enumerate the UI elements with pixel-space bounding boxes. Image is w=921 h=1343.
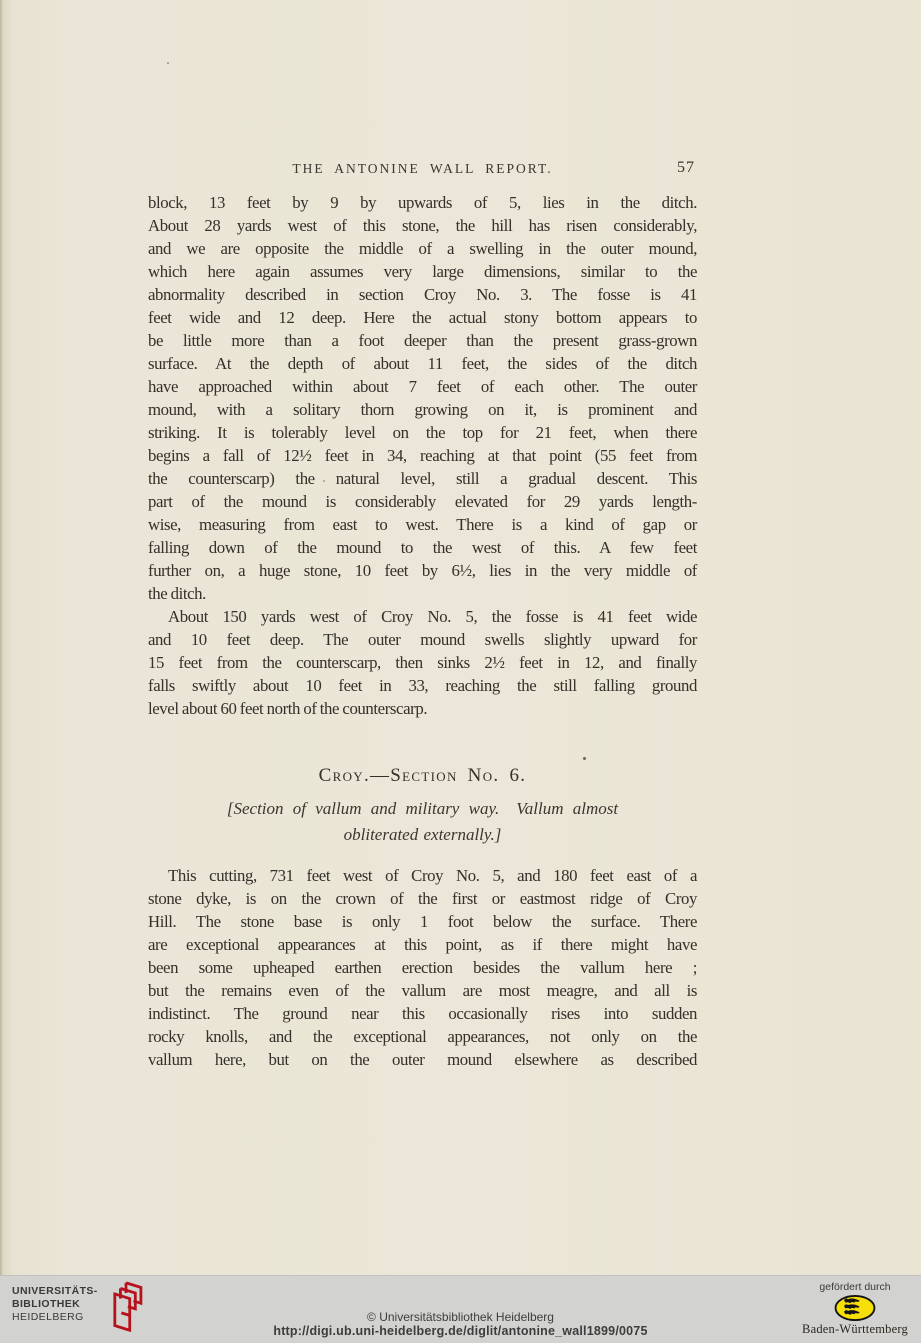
text-line: feet wide and 12 deep. Here the actual s…	[148, 306, 697, 329]
text-line: indistinct. The ground near this occasio…	[148, 1002, 697, 1025]
subtitle-line: obliterated externally.]	[188, 822, 658, 848]
running-head: THE ANTONINE WALL REPORT. 57	[148, 161, 697, 177]
source-url: http://digi.ub.uni-heidelberg.de/diglit/…	[0, 1324, 921, 1338]
scanned-book-page: THE ANTONINE WALL REPORT. 57 block, 13 f…	[0, 0, 921, 1276]
text-line: abnormality described in section Croy No…	[148, 283, 697, 306]
funding-label: gefördert durch	[801, 1281, 909, 1293]
paragraph-2: About 150 yards west of Croy No. 5, the …	[148, 605, 697, 720]
page-body: block, 13 feet by 9 by upwards of 5, lie…	[148, 191, 697, 1071]
text-line: striking. It is tolerably level on the t…	[148, 421, 697, 444]
text-line: vallum here, but on the outer mound else…	[148, 1048, 697, 1071]
subtitle-line: [Section of vallum and military way. Val…	[188, 796, 658, 822]
funding-region: Baden-Württemberg	[801, 1322, 909, 1337]
text-line: About 28 yards west of this stone, the h…	[148, 214, 697, 237]
text-line: further on, a huge stone, 10 feet by 6½,…	[148, 559, 697, 582]
text-line: rocky knolls, and the exceptional appear…	[148, 1025, 697, 1048]
text-line: 15 feet from the counterscarp, then sink…	[148, 651, 697, 674]
copyright-line: © Universitätsbibliothek Heidelberg	[0, 1310, 921, 1324]
text-line: level about 60 feet north of the counter…	[148, 697, 697, 720]
text-line: the ditch.	[148, 582, 697, 605]
paper-speck	[167, 62, 169, 64]
text-line: This cutting, 731 feet west of Croy No. …	[148, 864, 697, 887]
text-line: stone dyke, is on the crown of the first…	[148, 887, 697, 910]
text-line: part of the mound is considerably elevat…	[148, 490, 697, 513]
text-line: which here again assumes very large dime…	[148, 260, 697, 283]
text-line: are exceptional appearances at this poin…	[148, 933, 697, 956]
text-line: wise, measuring from east to west. There…	[148, 513, 697, 536]
text-line: Hill. The stone base is only 1 foot belo…	[148, 910, 697, 933]
text-line: and we are opposite the middle of a swel…	[148, 237, 697, 260]
text-line: but the remains even of the vallum are m…	[148, 979, 697, 1002]
text-line: begins a fall of 12½ feet in 34, reachin…	[148, 444, 697, 467]
text-line: falls swiftly about 10 feet in 33, reach…	[148, 674, 697, 697]
text-line: About 150 yards west of Croy No. 5, the …	[148, 605, 697, 628]
text-line: and 10 feet deep. The outer mound swells…	[148, 628, 697, 651]
viewer-footer: UNIVERSITÄTS- BIBLIOTHEK HEIDELBERG © Un…	[0, 1275, 921, 1343]
text-line: falling down of the mound to the west of…	[148, 536, 697, 559]
text-line: been some upheaped earthen erection besi…	[148, 956, 697, 979]
baden-wuerttemberg-crest-icon	[831, 1294, 879, 1322]
funding-block: gefördert durch Baden-Württemberg	[801, 1281, 909, 1337]
credit-block: © Universitätsbibliothek Heidelberg http…	[0, 1310, 921, 1338]
paragraph-3: This cutting, 731 feet west of Croy No. …	[148, 864, 697, 1071]
page-number: 57	[677, 159, 695, 177]
section-heading: Croy.—Section No. 6.	[148, 764, 697, 788]
text-line: have approached within about 7 feet of e…	[148, 375, 697, 398]
text-line: surface. At the depth of about 11 feet, …	[148, 352, 697, 375]
text-line: the counterscarp) the natural level, sti…	[148, 467, 697, 490]
text-line: mound, with a solitary thorn growing on …	[148, 398, 697, 421]
section-subtitle: [Section of vallum and military way. Val…	[188, 796, 658, 848]
running-title: THE ANTONINE WALL REPORT.	[148, 161, 697, 177]
text-line: block, 13 feet by 9 by upwards of 5, lie…	[148, 191, 697, 214]
library-name-line1: UNIVERSITÄTS-	[12, 1285, 98, 1298]
text-line: be little more than a foot deeper than t…	[148, 329, 697, 352]
paragraph-1: block, 13 feet by 9 by upwards of 5, lie…	[148, 191, 697, 605]
